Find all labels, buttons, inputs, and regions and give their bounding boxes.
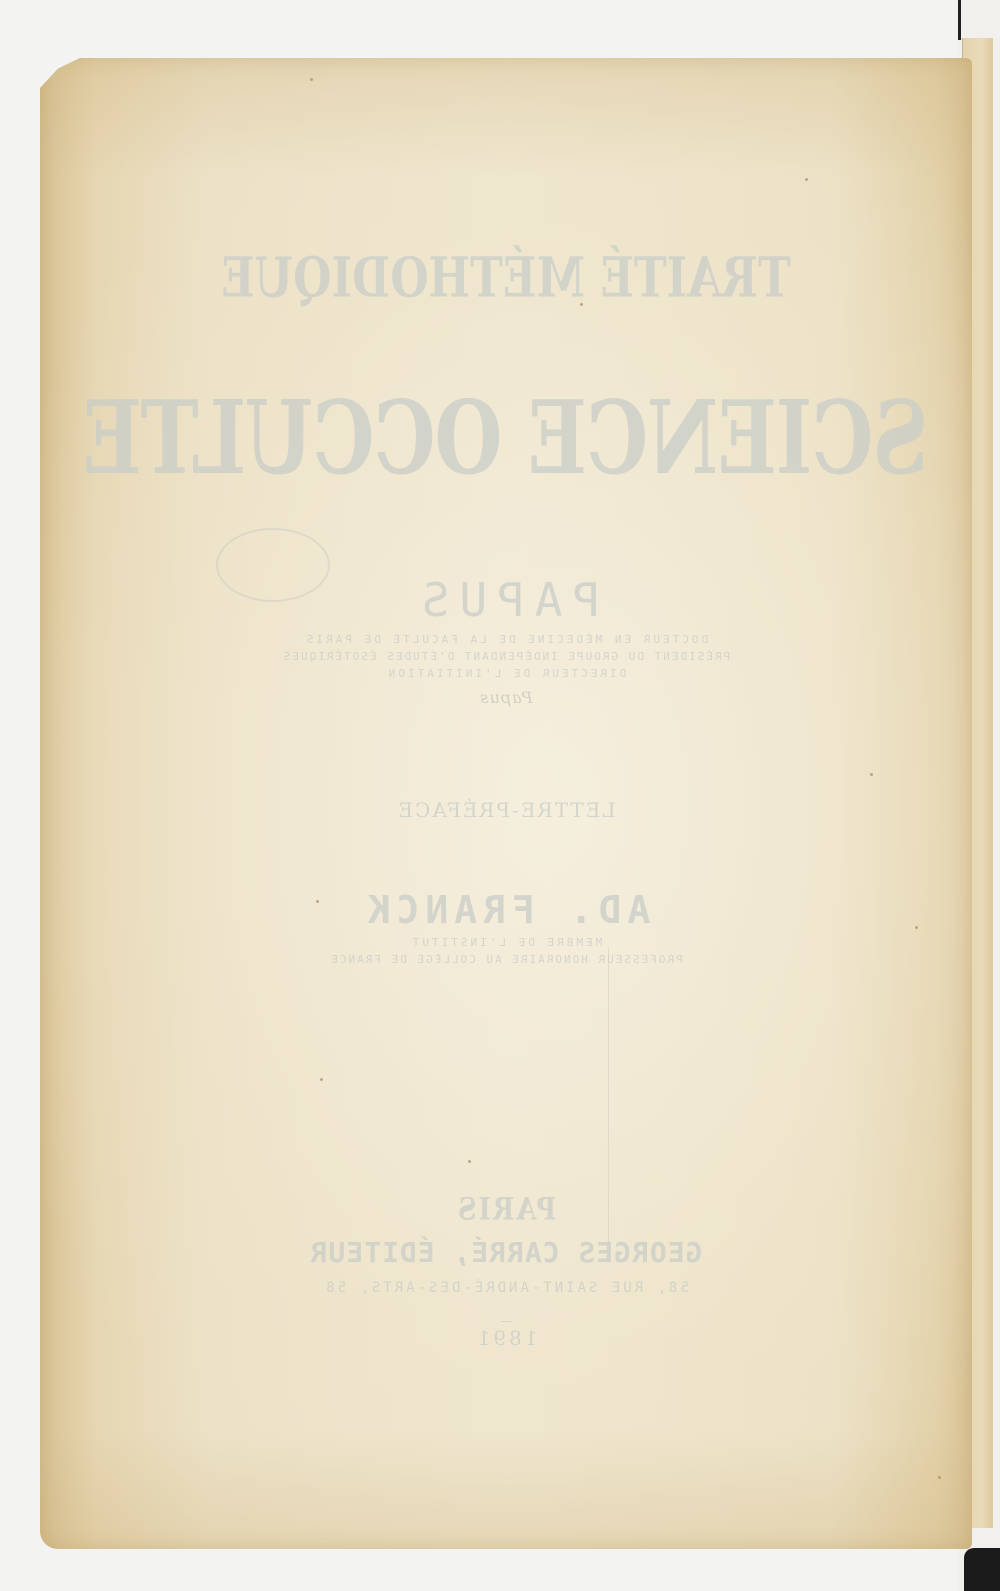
ghost-author-credit-2: PRÉSIDENT DU GROUPE INDÉPENDANT D'ÉTUDES… [40,650,972,663]
ghost-imprint-city: PARIS [40,1192,972,1228]
foxing-spot [320,1078,323,1081]
ghost-author: PAPUS [40,573,972,627]
scanner-edge-shadow [958,0,961,40]
ghost-title-line-2: SCIENCE OCCULTE [40,379,972,497]
foxing-spot [915,926,918,929]
foxing-spot [938,1476,941,1479]
ghost-preface-credit-2: PROFESSEUR HONORAIRE AU COLLÈGE DE FRANC… [40,953,972,966]
ghost-title-line-1: TRAITÉ MÉTHODIQUE [40,247,972,311]
foxing-spot [310,78,313,81]
foxing-spot [468,1160,471,1163]
ghost-signature: Papus [40,688,972,707]
ghost-imprint-year: 1891 [40,1326,972,1350]
ghost-imprint-address: 58, RUE SAINT-ANDRÉ-DES-ARTS, 58 [40,1280,972,1296]
foxing-spot [870,773,873,776]
foxing-spot [805,178,808,181]
ghost-author-credit-3: DIRECTEUR DE L'INITIATION [40,667,972,680]
book-page: TRAITÉ MÉTHODIQUE SCIENCE OCCULTE PAPUS … [40,58,972,1549]
ghost-author-credit-1: DOCTEUR EN MÉDECINE DE LA FACULTÉ DE PAR… [40,633,972,646]
ghost-imprint-publisher: GEORGES CARRÉ, ÉDITEUR [40,1236,972,1269]
foxing-spot [580,303,583,306]
ghost-preface-author: AD. FRANCK [40,888,972,932]
ghost-preface-line: LETTRE-PRÉFACE [40,798,972,822]
ghost-preface-credit-1: MEMBRE DE L'INSTITUT [40,936,972,949]
foxing-spot [316,900,319,903]
scanner-clip [964,1548,1000,1591]
